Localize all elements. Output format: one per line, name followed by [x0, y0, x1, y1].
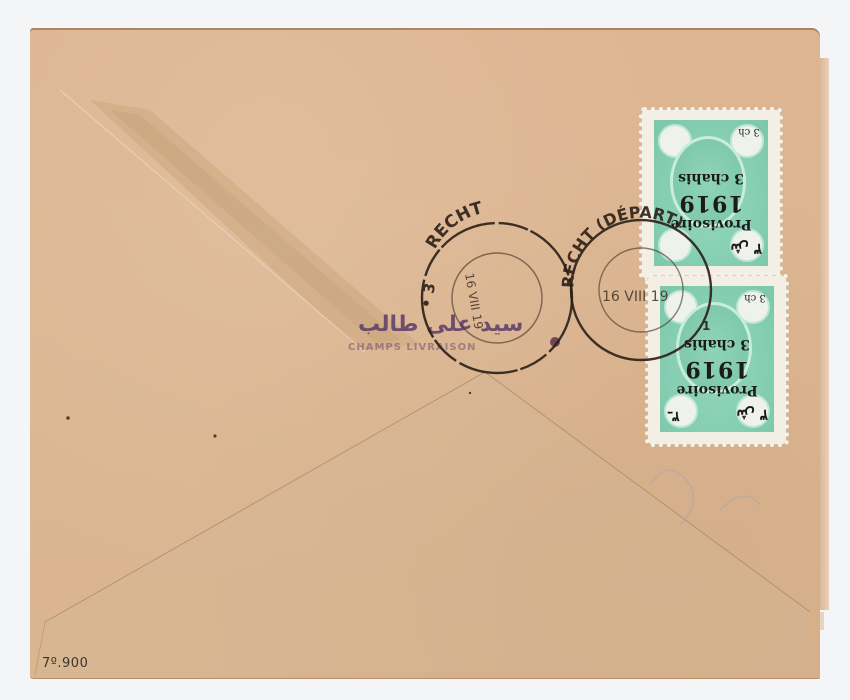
postmark-1-bottom: • 3: [417, 282, 439, 310]
postmark-2: RECHT (DÉPART) 16 VIII 19 1: [558, 203, 711, 360]
postmarks: RECHT 16 VIII 19 • 3 RECHT (DÉPART) 16 V…: [0, 0, 850, 700]
postmark-1: RECHT 16 VIII 19 • 3: [417, 198, 572, 373]
postmark-2-bottom: 1: [702, 319, 710, 333]
pencil-price-note: 7º.900: [42, 656, 88, 671]
envelope-scene: ۳ ش Provisoire 1919 3 chahis 3 ch ۳ ش ـ۳…: [0, 0, 850, 700]
postmark-1-date: 16 VIII 19: [462, 272, 486, 331]
postmark-2-date: 16 VIII 19: [602, 289, 669, 305]
postmark-2-outer-text: RECHT (DÉPART): [558, 203, 687, 289]
